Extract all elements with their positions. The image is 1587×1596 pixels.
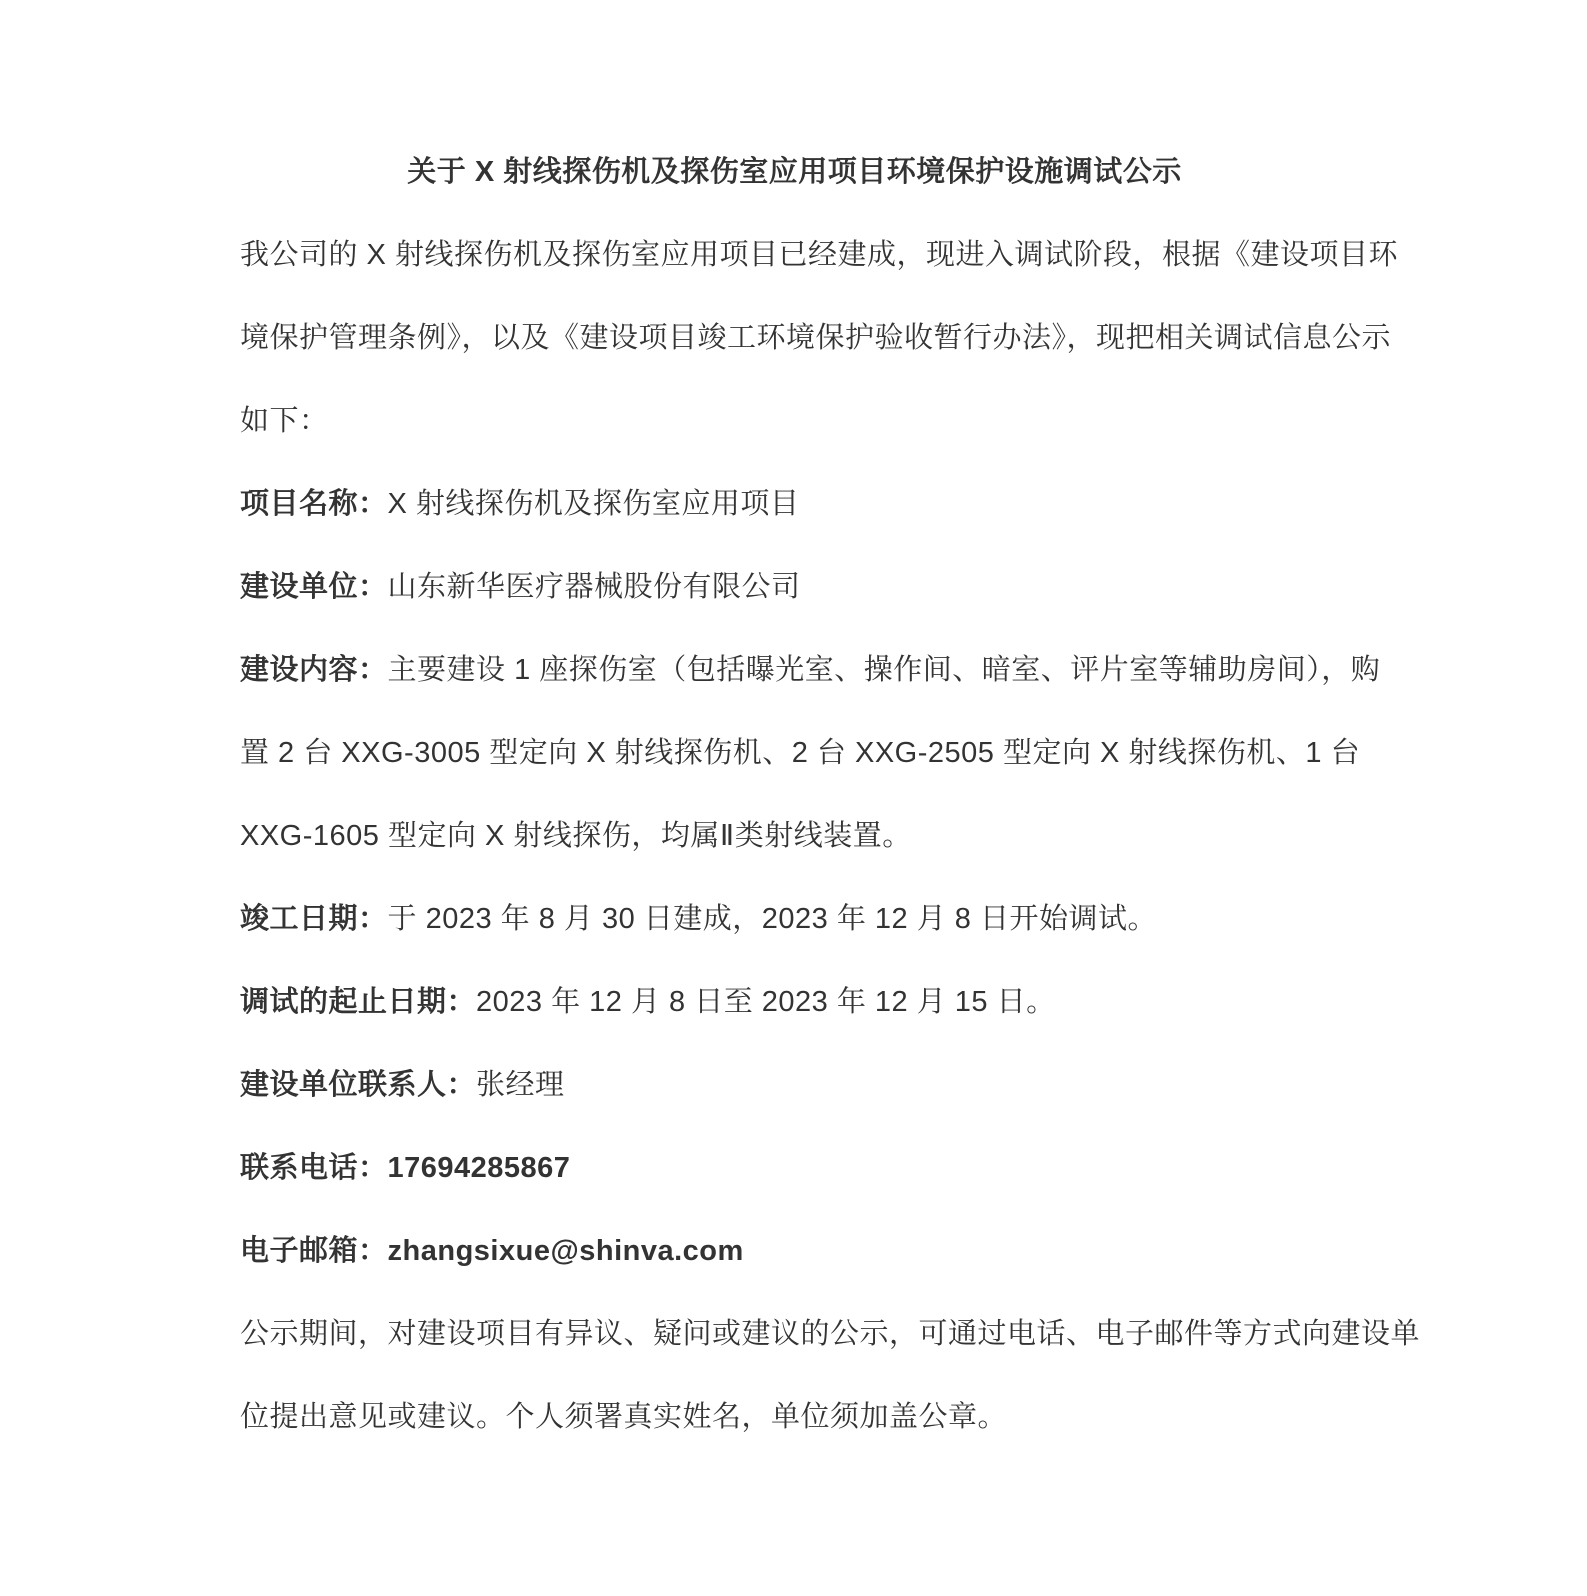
field-construction-content-line-2: 置 2 台 XXG-3005 型定向 X 射线探伤机、2 台 XXG-2505 … xyxy=(240,712,1349,795)
field-completion-date: 竣工日期：于 2023 年 8 月 30 日建成，2023 年 12 月 8 日… xyxy=(240,878,1349,961)
field-email: 电子邮箱：zhangsixue@shinva.com xyxy=(240,1210,1349,1293)
text: 境保护管理条例》，以及《建设项目竣工环境保护验收暂行办法》，现把相关调试信息公示 xyxy=(240,322,1391,354)
text: 如下： xyxy=(240,405,329,437)
notice-document: 关于 X 射线探伤机及探伤室应用项目环境保护设施调试公示 我公司的 X 射线探伤… xyxy=(0,0,1587,1459)
field-construction-content-line-3: XXG-1605 型定向 X 射线探伤，均属Ⅱ类射线装置。 xyxy=(240,795,1349,878)
field-value: 于 2023 年 8 月 30 日建成，2023 年 12 月 8 日开始调试。 xyxy=(388,903,1157,935)
field-value: 山东新华医疗器械股份有限公司 xyxy=(388,571,801,603)
field-value: X 射线探伤机及探伤室应用项目 xyxy=(388,488,800,520)
field-project-name: 项目名称：X 射线探伤机及探伤室应用项目 xyxy=(240,463,1349,546)
field-label: 建设单位： xyxy=(240,571,388,603)
document-title: 关于 X 射线探伤机及探伤室应用项目环境保护设施调试公示 xyxy=(240,131,1349,214)
field-contact-person: 建设单位联系人：张经理 xyxy=(240,1044,1349,1127)
field-construction-unit: 建设单位：山东新华医疗器械股份有限公司 xyxy=(240,546,1349,629)
field-label: 建设内容： xyxy=(240,654,388,686)
intro-line-2: 境保护管理条例》，以及《建设项目竣工环境保护验收暂行办法》，现把相关调试信息公示 xyxy=(240,297,1349,380)
document-body: 我公司的 X 射线探伤机及探伤室应用项目已经建成，现进入调试阶段，根据《建设项目… xyxy=(240,214,1349,1459)
field-debug-period: 调试的起止日期：2023 年 12 月 8 日至 2023 年 12 月 15 … xyxy=(240,961,1349,1044)
field-contact-phone: 联系电话：17694285867 xyxy=(240,1127,1349,1210)
outro-line-1: 公示期间，对建设项目有异议、疑问或建议的公示，可通过电话、电子邮件等方式向建设单 xyxy=(240,1293,1349,1376)
field-value: XXG-1605 型定向 X 射线探伤，均属Ⅱ类射线装置。 xyxy=(240,820,912,852)
field-label: 调试的起止日期： xyxy=(240,986,476,1018)
field-value: zhangsixue@shinva.com xyxy=(388,1235,744,1267)
intro-line-1: 我公司的 X 射线探伤机及探伤室应用项目已经建成，现进入调试阶段，根据《建设项目… xyxy=(240,214,1349,297)
intro-line-3: 如下： xyxy=(240,380,1349,463)
field-label: 电子邮箱： xyxy=(240,1235,388,1267)
text: 公示期间，对建设项目有异议、疑问或建议的公示，可通过电话、电子邮件等方式向建设单 xyxy=(240,1318,1420,1350)
field-value: 2023 年 12 月 8 日至 2023 年 12 月 15 日。 xyxy=(476,986,1056,1018)
field-value: 置 2 台 XXG-3005 型定向 X 射线探伤机、2 台 XXG-2505 … xyxy=(240,737,1360,769)
field-value: 张经理 xyxy=(476,1069,565,1101)
field-label: 联系电话： xyxy=(240,1152,388,1184)
outro-line-2: 位提出意见或建议。个人须署真实姓名，单位须加盖公章。 xyxy=(240,1376,1349,1459)
field-value: 主要建设 1 座探伤室（包括曝光室、操作间、暗室、评片室等辅助房间），购 xyxy=(388,654,1381,686)
field-label: 项目名称： xyxy=(240,488,388,520)
text: 位提出意见或建议。个人须署真实姓名，单位须加盖公章。 xyxy=(240,1401,1007,1433)
field-construction-content-line-1: 建设内容：主要建设 1 座探伤室（包括曝光室、操作间、暗室、评片室等辅助房间），… xyxy=(240,629,1349,712)
field-value: 17694285867 xyxy=(388,1152,571,1184)
field-label: 建设单位联系人： xyxy=(240,1069,476,1101)
text: 我公司的 X 射线探伤机及探伤室应用项目已经建成，现进入调试阶段，根据《建设项目… xyxy=(240,239,1398,271)
field-label: 竣工日期： xyxy=(240,903,388,935)
